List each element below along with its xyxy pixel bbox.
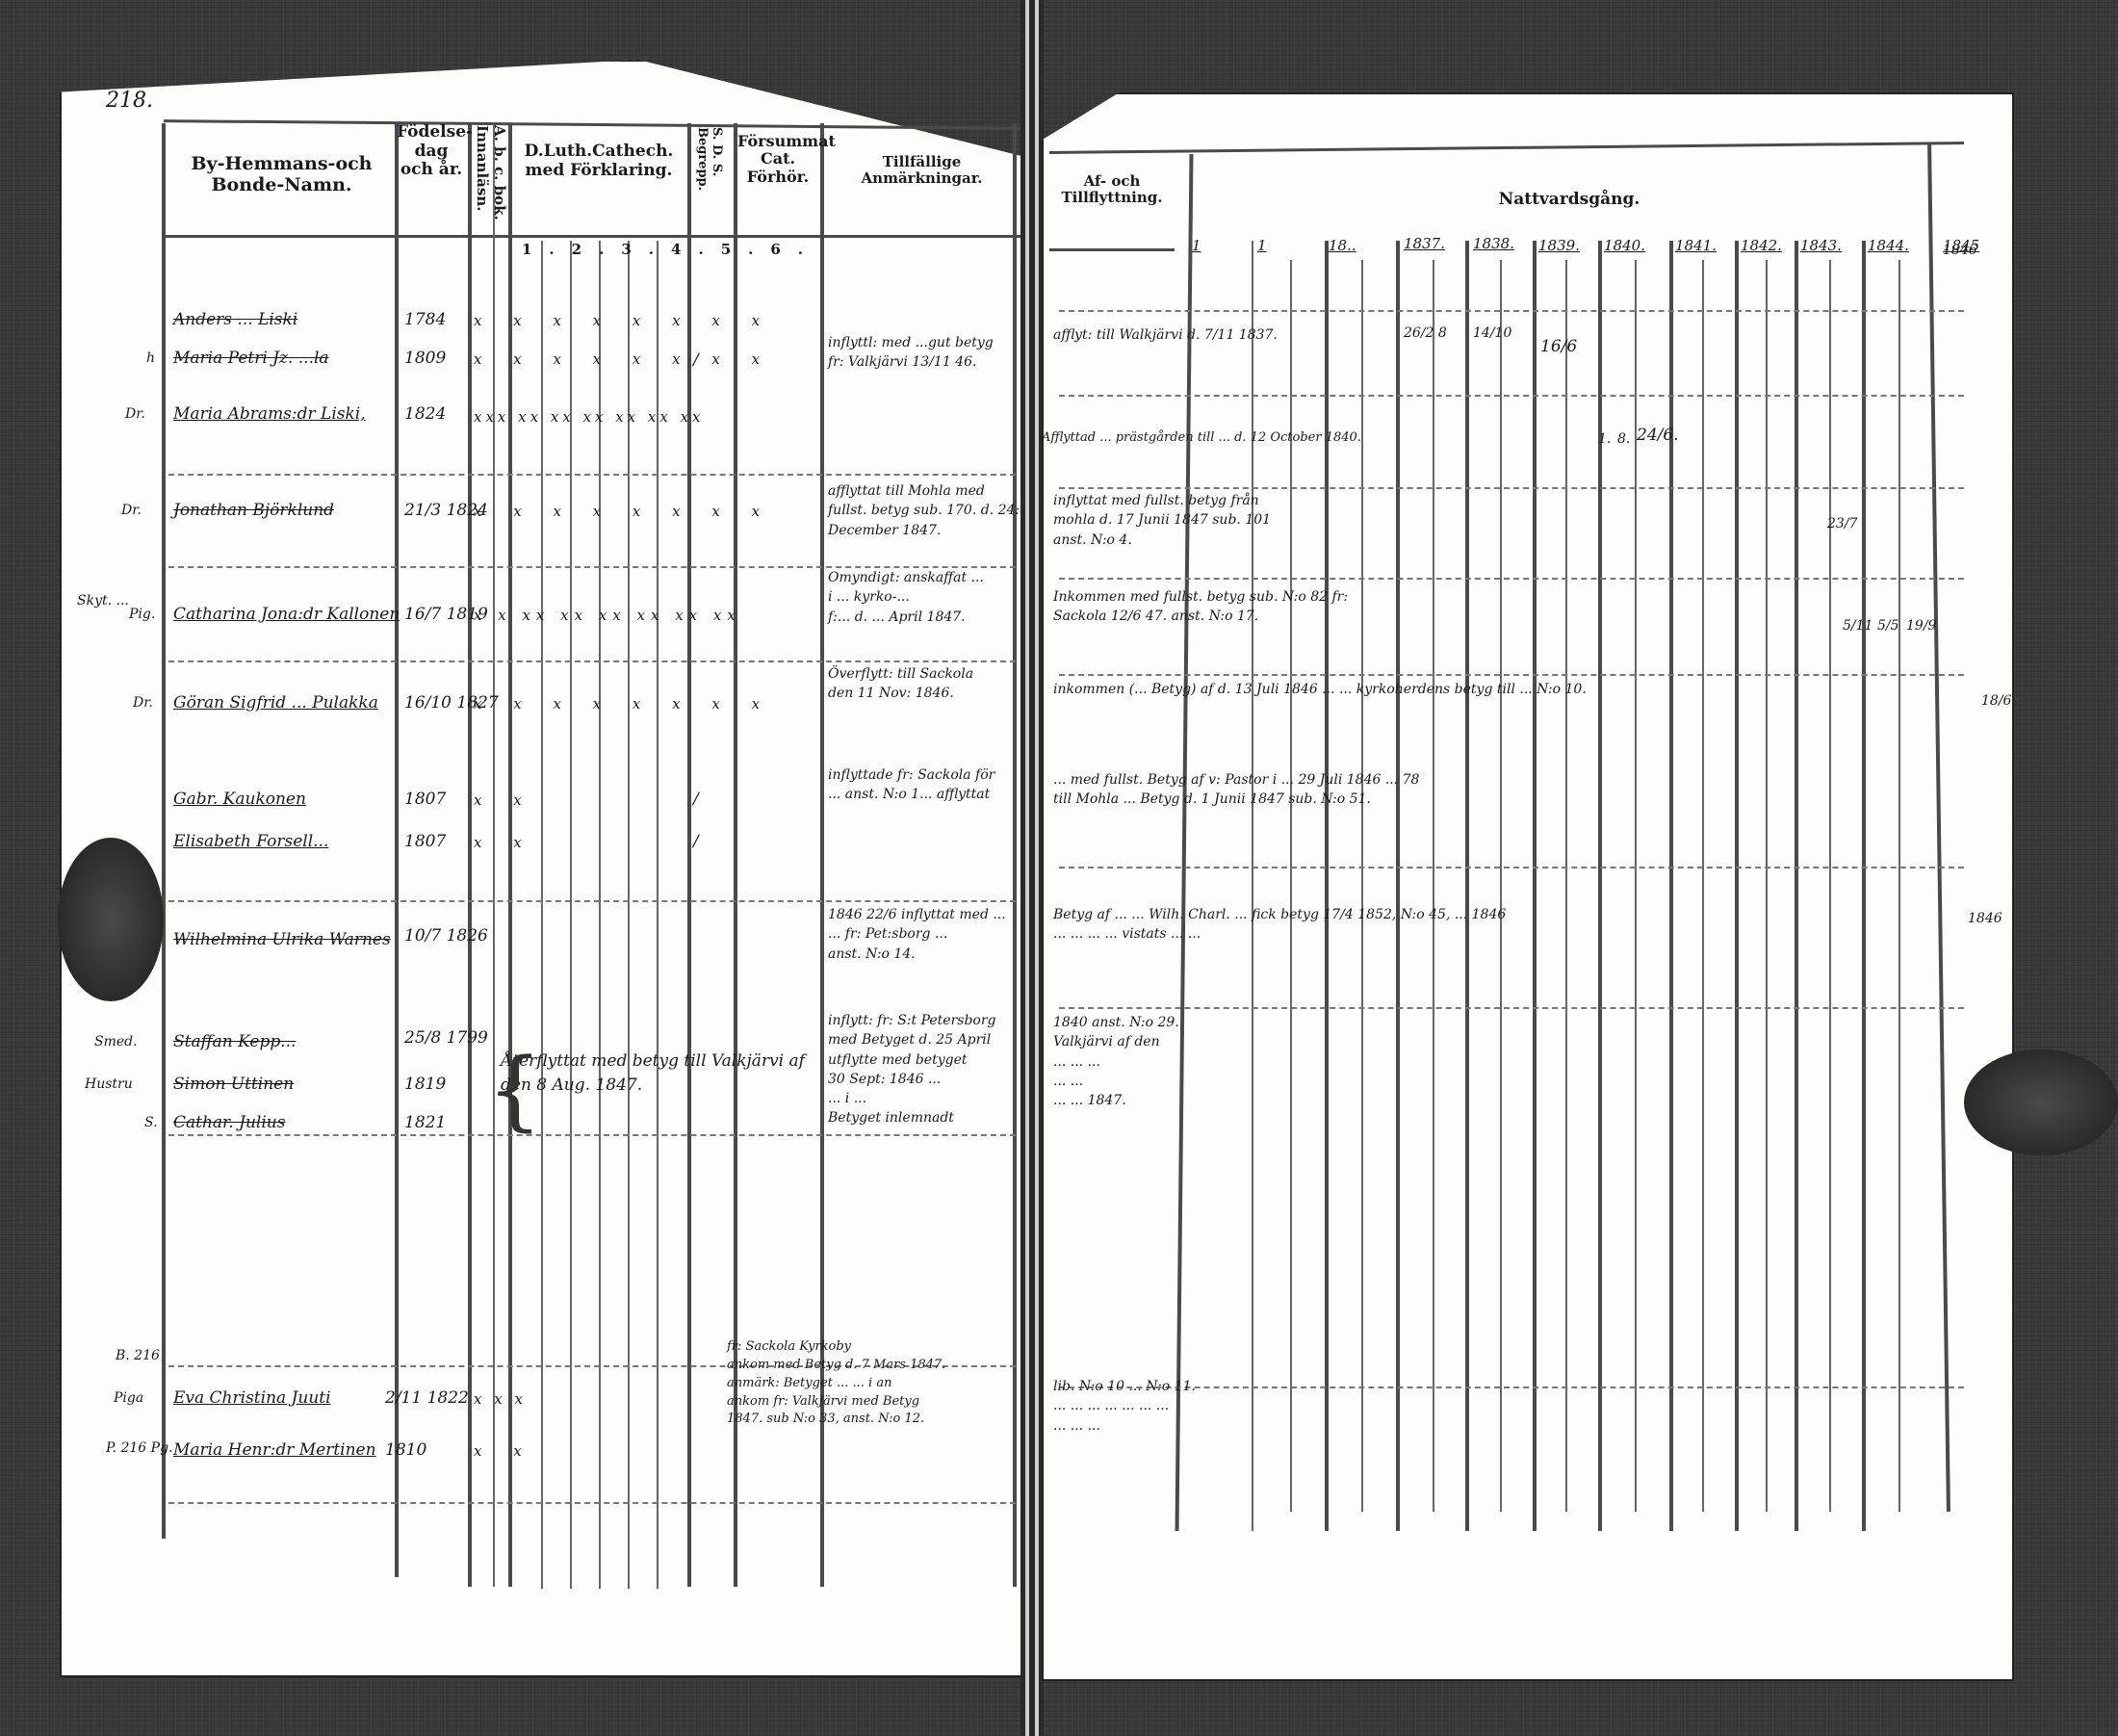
- row-divider: [1059, 867, 1964, 868]
- column-line: [1500, 260, 1502, 1512]
- remark-note: inflyttade fr: Sackola för ... anst. N:o…: [828, 765, 994, 805]
- column-line: [541, 241, 543, 1589]
- exam-marks: x x x x x x x x: [474, 312, 773, 329]
- row-divider: [168, 661, 1016, 662]
- brace-icon: {: [487, 1040, 542, 1141]
- communion-date: 5/5: [1877, 616, 1899, 635]
- column-line: [1766, 260, 1768, 1512]
- communion-date: 14/10: [1473, 324, 1511, 343]
- person-name: Maria Abrams:dr Liski,: [173, 404, 366, 424]
- margin-note: 18/6: [1981, 693, 2011, 709]
- remark-note: fr: Sackola Kyrkoby ankom med Betyg d. 7…: [727, 1338, 945, 1429]
- person-name: Gabr. Kaukonen: [173, 790, 306, 809]
- thumb: [58, 838, 164, 1001]
- year-label: 1841.: [1675, 237, 1717, 254]
- column-line: [508, 123, 512, 1587]
- communion-date: 16/6: [1540, 335, 1577, 359]
- person-name: Simon Uttinen: [173, 1075, 294, 1094]
- communion-date: 26/2 8: [1404, 324, 1447, 343]
- column-line: [1829, 260, 1831, 1512]
- moving-note: Betyg af ... ... Wilh. Charl. ... fick b…: [1053, 905, 1506, 945]
- remark-note: 1846 22/6 inflyttat med ... ... fr: Pet:…: [828, 905, 1006, 964]
- column-line: [1795, 241, 1798, 1531]
- column-line: [687, 123, 691, 1587]
- person-name: Jonathan Björklund: [173, 501, 334, 520]
- moving-note: inflyttat med fullst. betyg från mohla d…: [1053, 491, 1271, 550]
- exam-marks: x x xx xx xx xx xx xx: [474, 607, 741, 624]
- person-name: Anders ... Liski: [173, 310, 297, 329]
- birth-date: 1821: [404, 1113, 446, 1132]
- header-begrepp: S. D. S. Begrepp.: [695, 127, 724, 233]
- margin-note: 1846: [1943, 243, 1977, 258]
- moving-note: lib. N:o 10 ... N:o 11. ... ... ... ... …: [1053, 1377, 1196, 1436]
- margin-note: Skyt. ...: [77, 593, 129, 609]
- birth-date: 25/8 1799: [404, 1028, 488, 1048]
- communion-date: 23/7: [1827, 514, 1857, 533]
- title-prefix: Dr.: [121, 503, 142, 518]
- birth-date: 2/11 1822: [385, 1388, 469, 1408]
- exam-marks: x x x x x x x x: [474, 503, 773, 520]
- exam-marks: x x: [474, 834, 535, 851]
- begrepp-flag: /: [693, 350, 699, 370]
- birth-date: 1784: [404, 310, 446, 329]
- header-catechism: D.Luth.Cathech. med Förklaring.: [512, 143, 685, 180]
- moving-note: Inkommen med fullst. betyg sub. N:o 82 f…: [1053, 587, 1348, 627]
- year-label: 1844.: [1868, 237, 1909, 254]
- column-line: [1862, 241, 1866, 1531]
- column-line: [1290, 260, 1292, 1512]
- column-line: [1013, 123, 1017, 1587]
- person-name: Cathar. Julius: [173, 1113, 285, 1132]
- header-forsummat: Försummat Cat. Förhör.: [737, 133, 818, 186]
- book-gutter: [1020, 0, 1044, 1736]
- thumb: [1964, 1049, 2118, 1155]
- person-name: Göran Sigfrid ... Pulakka: [173, 693, 378, 713]
- person-name: Eva Christina Juuti: [173, 1388, 331, 1408]
- birth-date: 1824: [404, 404, 446, 424]
- year-label: 1842.: [1741, 237, 1782, 254]
- person-name: Catharina Jona:dr Kallonen: [173, 605, 400, 624]
- exam-marks: x x x x x x x x: [474, 350, 773, 368]
- column-line: [657, 241, 659, 1589]
- header-birth: Födelse-dag och år.: [397, 123, 466, 180]
- column-line: [395, 123, 399, 1577]
- title-prefix: h: [146, 350, 155, 366]
- birth-date: 1810: [385, 1440, 426, 1460]
- moving-note: inkommen (... Betyg) af d. 13 Juli 1846 …: [1053, 680, 1920, 699]
- header-remarks: Tillfällige Anmärkningar.: [838, 154, 1006, 188]
- header-moving: Af- och Tillflyttning.: [1049, 173, 1175, 207]
- header-bottom-rule: [1049, 248, 1175, 251]
- column-line: [468, 123, 472, 1587]
- exam-marks: x x x x x x x x: [474, 695, 773, 713]
- column-line: [1465, 241, 1469, 1531]
- header-name: By-Hemmans-och Bonde-Namn.: [173, 154, 390, 196]
- year-label: 1: [1257, 237, 1267, 254]
- row-divider: [168, 1502, 1016, 1504]
- year-label: 1839.: [1538, 237, 1580, 254]
- column-line: [1433, 260, 1434, 1512]
- year-label: 1838.: [1473, 235, 1514, 252]
- exam-marks: x x x: [474, 1390, 527, 1408]
- communion-date: 8.: [1617, 429, 1630, 449]
- row-divider: [1059, 395, 1964, 397]
- title-prefix: Piga: [114, 1390, 143, 1406]
- person-name: Wilhelmina Ulrika Warnes: [173, 930, 391, 949]
- remark-note: Omyndigt: anskaffat ... i ... kyrko-... …: [828, 568, 984, 627]
- column-line: [1361, 260, 1363, 1512]
- birth-date: 1819: [404, 1075, 446, 1094]
- year-label: 1: [1192, 237, 1201, 254]
- row-divider: [168, 1134, 1016, 1136]
- communion-date: 24/6.: [1637, 424, 1679, 448]
- row-divider: [1059, 578, 1964, 580]
- birth-date: 1807: [404, 832, 446, 851]
- begrepp-flag: /: [693, 832, 699, 851]
- moving-note: Afflyttad ... prästgården till ... d. 12…: [1042, 429, 1361, 448]
- row-divider: [1059, 487, 1964, 489]
- exam-marks: xxx xx xx xx xx xx xx: [474, 408, 705, 426]
- row-divider: [1059, 310, 1964, 312]
- communion-date: 1.: [1598, 429, 1611, 449]
- title-prefix: S.: [144, 1115, 158, 1130]
- margin-note: 1846: [1968, 911, 2002, 926]
- row-divider: [168, 900, 1016, 902]
- title-prefix: Pig.: [129, 607, 155, 622]
- moving-note: afflyt: till Walkjärvi d. 7/11 1837.: [1053, 325, 1278, 345]
- column-line: [1735, 241, 1739, 1531]
- title-prefix: Dr.: [133, 695, 153, 711]
- catechism-part-numbers: 1.2.3.4.5.6.: [522, 241, 820, 258]
- header-communion: Nattvardsgång.: [1184, 191, 1954, 210]
- column-line: [599, 241, 601, 1589]
- title-prefix: Smed.: [94, 1034, 138, 1049]
- column-line: [570, 241, 572, 1589]
- communion-date: 19/9: [1906, 616, 1936, 635]
- moving-note: ... med fullst. Betyg af v: Pastor i ...…: [1053, 770, 1419, 810]
- exam-marks: x x: [474, 1442, 535, 1460]
- birth-date: 1807: [404, 790, 446, 809]
- title-prefix: Hustru: [85, 1076, 133, 1092]
- group-note: Återflyttat med betyg till Valkjärvi af …: [501, 1049, 818, 1097]
- row-divider: [1059, 1007, 1964, 1009]
- page-number: 218.: [106, 89, 153, 113]
- communion-date: 5/11: [1843, 616, 1873, 635]
- row-divider: [1059, 674, 1964, 676]
- person-name: Maria Henr:dr Mertinen: [173, 1440, 376, 1460]
- remark-note: inflytt: fr: S:t Petersborg med Betyget …: [828, 1011, 996, 1128]
- remark-note: afflyttat till Mohla med fullst. betyg s…: [828, 481, 1027, 540]
- header-bottom-rule: [164, 235, 1030, 238]
- column-line: [628, 241, 630, 1589]
- person-name: Staffan Kepp...: [173, 1032, 296, 1051]
- margin-note: P. 216 Pg.: [106, 1440, 173, 1456]
- column-line: [1635, 260, 1637, 1512]
- year-label: 1843.: [1800, 237, 1842, 254]
- year-label: 18..: [1329, 237, 1356, 254]
- margin-note: B. 216: [116, 1348, 160, 1363]
- person-name: Maria Petri Jz. ...la: [173, 349, 329, 368]
- birth-date: 10/7 1826: [404, 926, 488, 946]
- title-prefix: Dr.: [125, 406, 145, 422]
- column-line: [1565, 260, 1567, 1512]
- column-line: [493, 123, 495, 1587]
- moving-note: 1840 anst. N:o 29. Valkjärvi af den ... …: [1053, 1013, 1179, 1110]
- column-line: [162, 123, 166, 1539]
- remark-note: Överflytt: till Sackola den 11 Nov: 1846…: [828, 664, 973, 704]
- begrepp-flag: /: [693, 790, 699, 809]
- column-line: [1533, 241, 1537, 1531]
- person-name: Elisabeth Forsell...: [173, 832, 328, 851]
- year-label: 1840.: [1604, 237, 1645, 254]
- remark-note: inflyttl: med ...gut betyg fr: Valkjärvi…: [828, 333, 994, 373]
- column-line: [1898, 260, 1900, 1512]
- birth-date: 1809: [404, 349, 446, 368]
- row-divider: [168, 474, 1016, 476]
- column-line: [1396, 241, 1400, 1531]
- exam-marks: x x: [474, 791, 535, 809]
- header-abc-book: A. b. c. bok. Innanläsn.: [474, 125, 508, 231]
- year-label: 1837.: [1404, 235, 1445, 252]
- column-line: [1702, 260, 1704, 1512]
